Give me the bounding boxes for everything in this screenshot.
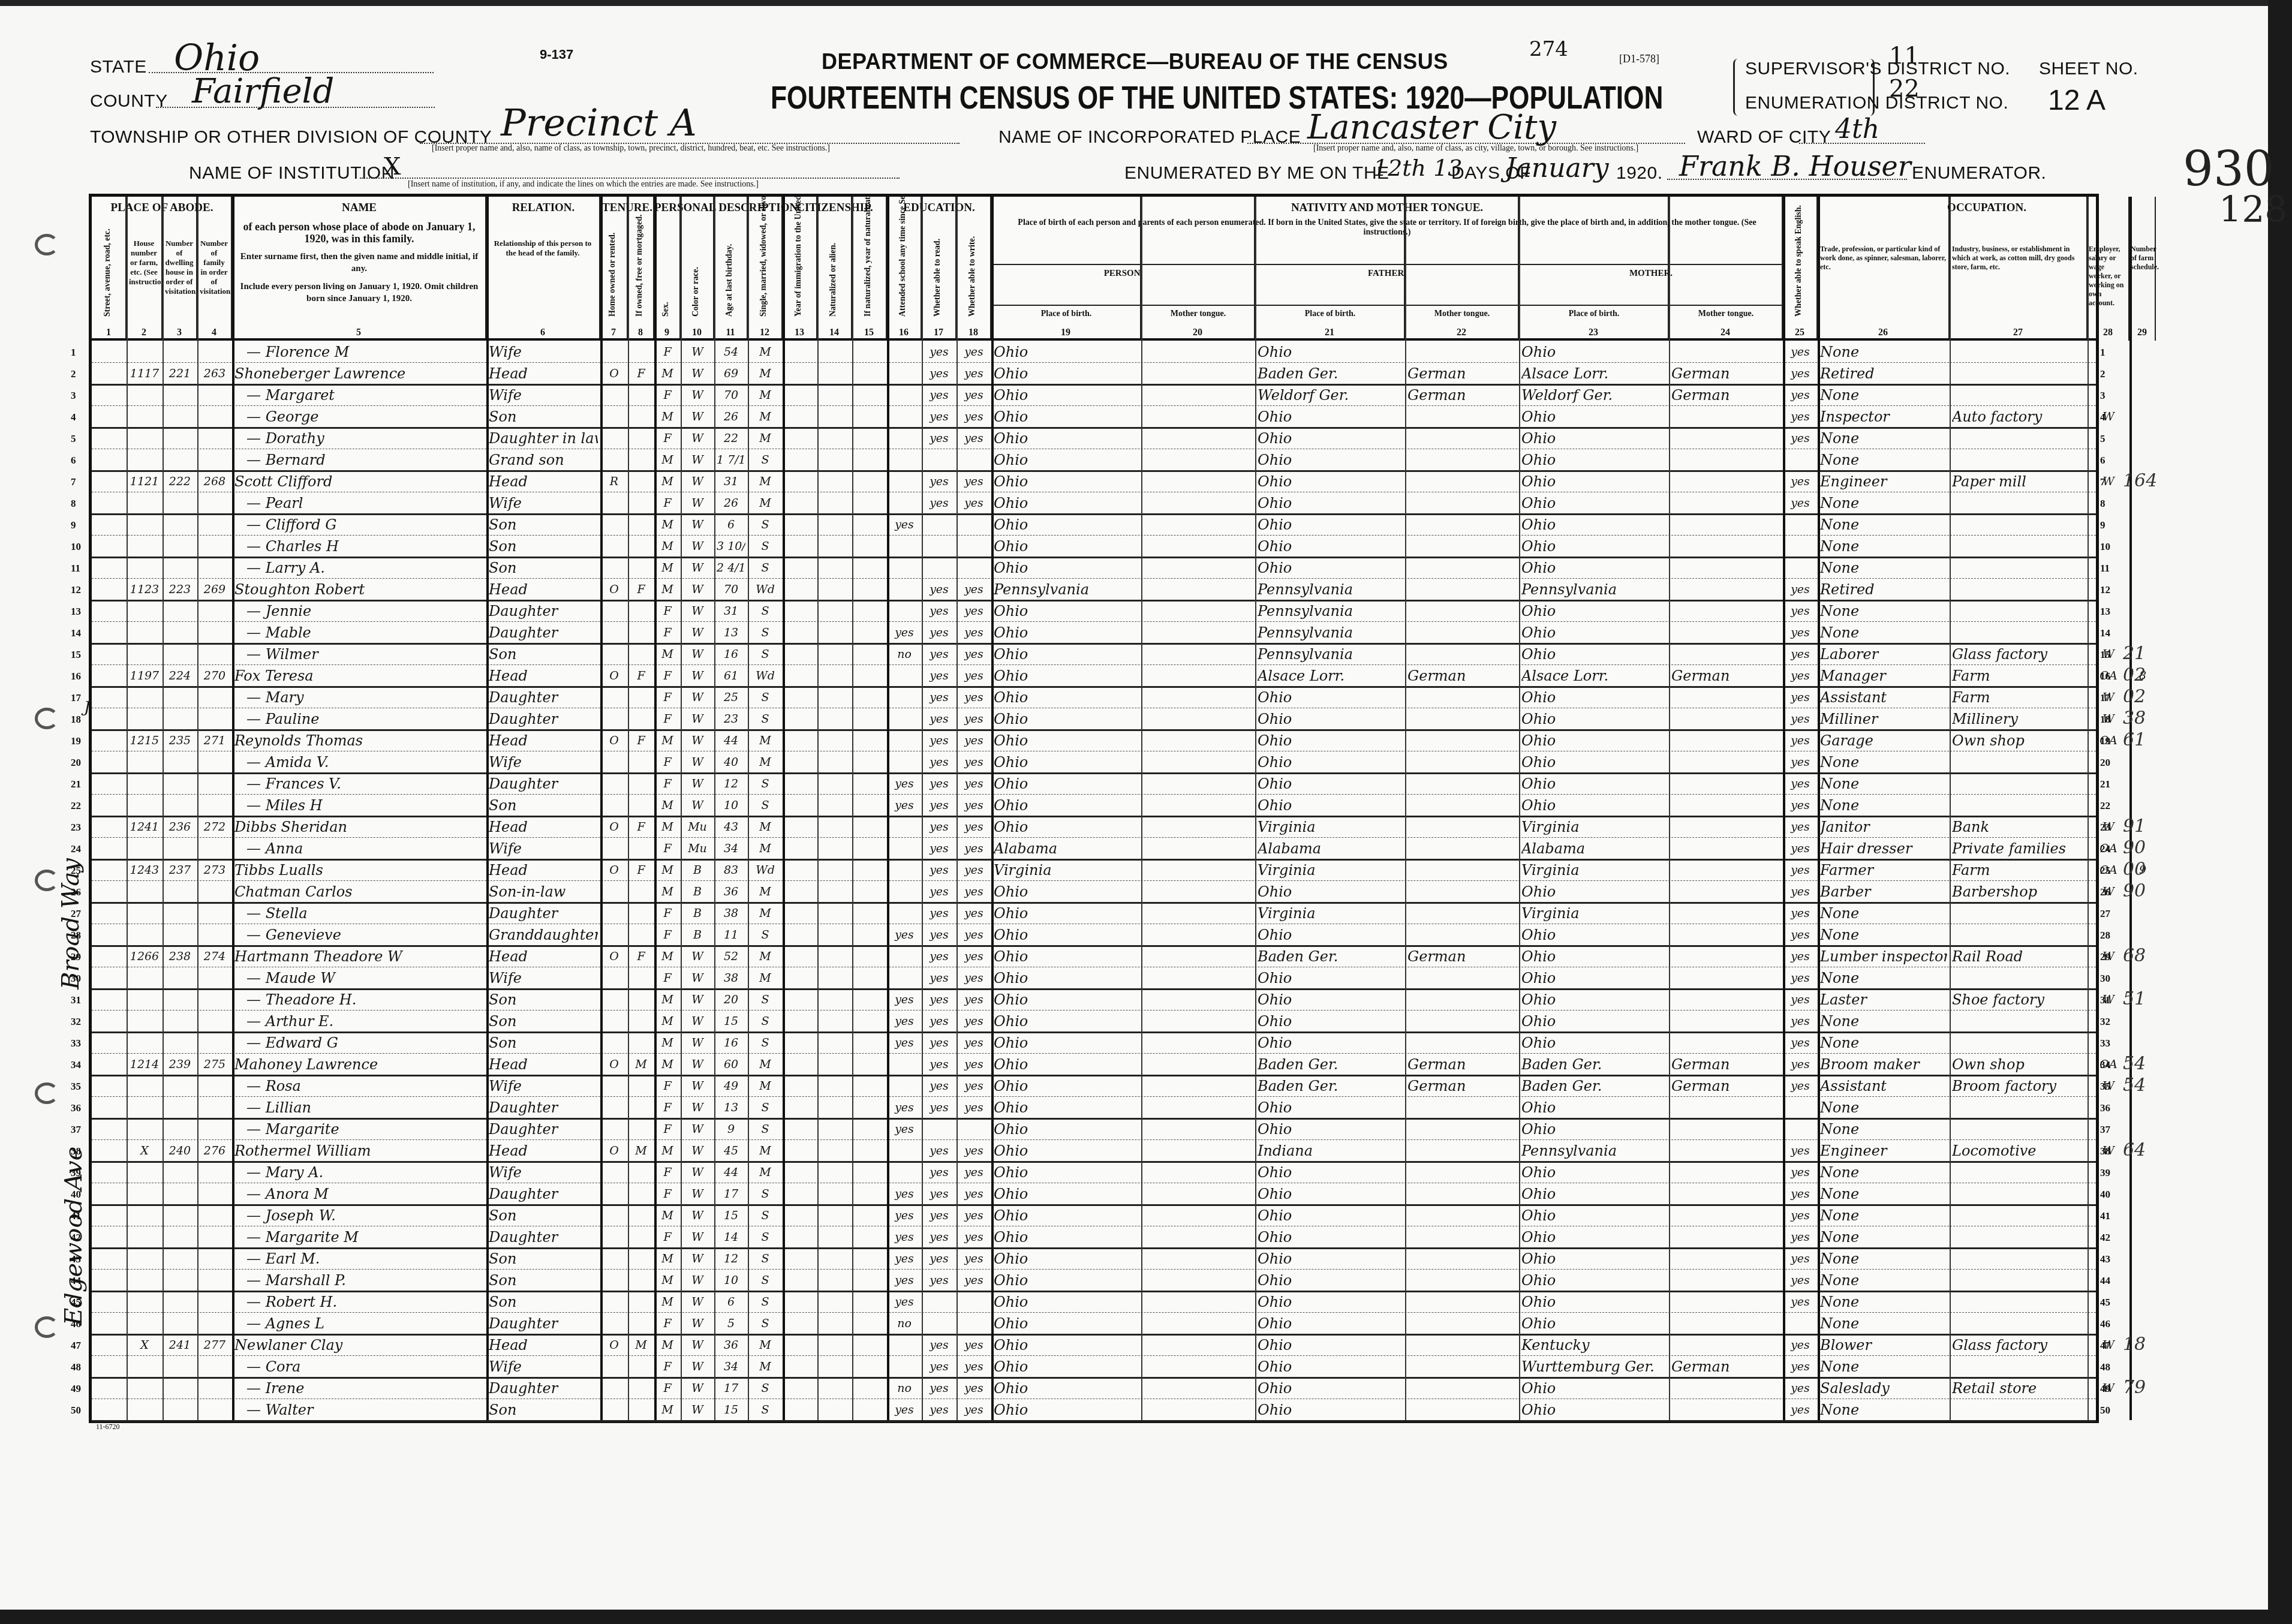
cell-father-birth: Alabama <box>1258 838 1403 859</box>
column-divider <box>1141 197 1142 1420</box>
cell-relation: Wife <box>489 968 598 988</box>
cell-sex: F <box>657 1162 678 1183</box>
cell-sex: F <box>657 752 678 772</box>
cell-father-birth: Virginia <box>1258 860 1403 880</box>
column-header-10: Color or race.10 <box>681 197 714 341</box>
cell-sex: F <box>657 428 678 449</box>
column-number: 7 <box>600 327 627 338</box>
cell-read: yes <box>924 428 954 449</box>
column-header-12: Single, married, widowed, or divorced.12 <box>748 197 783 341</box>
column-number: 18 <box>956 327 990 338</box>
cell-industry: Barbershop <box>1952 882 2085 902</box>
cell-school: yes <box>889 1184 919 1204</box>
cell-father-birth: Ohio <box>1258 795 1403 816</box>
cell-age: 14 <box>717 1227 745 1247</box>
cell-age: 61 <box>717 666 745 686</box>
cell-trade: Hair dresser <box>1820 838 1947 859</box>
cell-family: 269 <box>200 579 230 600</box>
cell-write: yes <box>959 1033 989 1053</box>
cell-write: yes <box>959 1162 989 1183</box>
cell-age: 69 <box>717 363 745 384</box>
cell-marital: M <box>750 730 780 751</box>
cell-father-birth: Ohio <box>1258 407 1403 427</box>
cell-race: Mu <box>683 838 712 859</box>
cell-sex: M <box>657 1270 678 1291</box>
cell-english: yes <box>1785 1378 1815 1399</box>
cell-name: — Wilmer <box>234 644 496 664</box>
table-row: — Charles HSonMW3 10/12SOhioOhioOhioNone <box>92 535 2096 558</box>
institution-line <box>360 178 900 179</box>
table-row: — DorathyDaughter in lawFW22MyesyesOhioO… <box>92 427 2096 449</box>
column-header-text: If owned, free or mortgaged. <box>635 214 645 317</box>
column-header-text: Attended school any time since Sept. 1, … <box>898 197 908 317</box>
column-header-text: Naturalized or alien. <box>829 243 838 317</box>
cell-birth: Ohio <box>994 1292 1139 1312</box>
cell-race: W <box>683 968 712 988</box>
cell-sex: M <box>657 817 678 837</box>
enumeration-label: ENUMERATION DISTRICT NO. <box>1745 93 2008 113</box>
cell-write: yes <box>959 1270 989 1291</box>
cell-name: — Robert H. <box>234 1292 496 1312</box>
line-number-left: 10 <box>71 541 81 553</box>
cell-age: 70 <box>717 579 745 600</box>
cell-family: 273 <box>200 860 230 880</box>
cell-mother-tongue: German <box>1671 363 1780 384</box>
cell-mother-birth: Ohio <box>1521 774 1667 794</box>
cell-relation: Head <box>489 363 598 384</box>
cell-mother-birth: Weldorf Ger. <box>1521 385 1667 405</box>
column-number: 13 <box>783 327 816 338</box>
cell-marital: S <box>750 1227 780 1247</box>
cell-sex: M <box>657 1400 678 1420</box>
supervisor-label: SUPERVISOR'S DISTRICT NO. <box>1745 59 2010 79</box>
cell-age: 25 <box>717 687 745 708</box>
cell-race: B <box>683 903 712 924</box>
cell-birth: Ohio <box>994 1357 1139 1377</box>
sheet-number: 12 A <box>2048 84 2105 117</box>
stamp-page-number: 274 <box>1529 37 1568 61</box>
cell-english: yes <box>1785 817 1815 837</box>
line-number-right: 12 <box>2100 584 2110 596</box>
cell-mother-birth: Ohio <box>1521 342 1667 362</box>
cell-read: yes <box>924 1054 954 1075</box>
cell-father-birth: Indiana <box>1258 1141 1403 1161</box>
cell-marital: S <box>750 1400 780 1420</box>
cell-race: W <box>683 752 712 772</box>
cell-age: 36 <box>717 882 745 902</box>
cell-age: 23 <box>717 709 745 729</box>
occupation-subheader: Number of farm schedule. <box>2131 245 2155 272</box>
cell-write: yes <box>959 428 989 449</box>
cell-race: W <box>683 795 712 816</box>
column-divider <box>1255 197 1256 1420</box>
cell-read: yes <box>924 579 954 600</box>
cell-mother-birth: Ohio <box>1521 1097 1667 1118</box>
cell-school: no <box>889 1313 919 1334</box>
cell-dwelling: 235 <box>165 730 195 751</box>
cell-english: yes <box>1785 363 1815 384</box>
cell-relation: Head <box>489 817 598 837</box>
line-number-right: 47 <box>2100 1340 2110 1352</box>
column-divider <box>817 197 819 1420</box>
cell-name: — Clifford G <box>234 515 496 535</box>
cell-age: 44 <box>717 730 745 751</box>
line-number-right: 32 <box>2100 1016 2110 1028</box>
cell-trade: Saleslady <box>1820 1378 1947 1399</box>
cell-father-birth: Pennsylvania <box>1258 622 1403 643</box>
cell-sex: F <box>657 1227 678 1247</box>
cell-race: W <box>683 342 712 362</box>
cell-industry: Farm <box>1952 666 2085 686</box>
cell-school: no <box>889 1378 919 1399</box>
table-row: — BernardGrand sonMW1 7/12SOhioOhioOhioN… <box>92 449 2096 472</box>
cell-race: W <box>683 1357 712 1377</box>
line-number-left: 11 <box>71 563 80 575</box>
line-number-left: 47 <box>71 1340 81 1352</box>
cell-race: W <box>683 1249 712 1269</box>
cell-mother-birth: Wurttemburg Ger. <box>1521 1357 1667 1377</box>
cell-write: yes <box>959 1378 989 1399</box>
column-header-text: Single, married, widowed, or divorced. <box>759 197 769 317</box>
cell-mother-birth: Ohio <box>1521 450 1667 470</box>
cell-name: — Rosa <box>234 1076 496 1096</box>
cell-trade: None <box>1820 622 1947 643</box>
column-header-text: If naturalized, year of naturalization. <box>864 197 873 317</box>
scan-border-bottom <box>0 1610 2292 1624</box>
cell-father-birth: Ohio <box>1258 925 1403 945</box>
occupation-code-note: 02 <box>2123 664 2146 685</box>
supervisor-district: 11 <box>1889 42 1920 70</box>
cell-father-birth: Pennsylvania <box>1258 601 1403 621</box>
cell-mother-birth: Ohio <box>1521 752 1667 772</box>
column-number: 12 <box>748 327 781 338</box>
cell-sex: M <box>657 730 678 751</box>
cell-race: W <box>683 622 712 643</box>
line-number-left: 4 <box>71 411 76 423</box>
cell-name: Scott Clifford <box>234 471 484 492</box>
cell-name: — Lillian <box>234 1097 496 1118</box>
cell-english: yes <box>1785 1011 1815 1031</box>
cell-marital: S <box>750 601 780 621</box>
cell-english: yes <box>1785 774 1815 794</box>
cell-race: W <box>683 687 712 708</box>
cell-dwelling: 237 <box>165 860 195 880</box>
cell-birth: Ohio <box>994 709 1139 729</box>
cell-name: — Pauline <box>234 709 496 729</box>
cell-write: yes <box>959 407 989 427</box>
cell-age: 22 <box>717 428 745 449</box>
cell-marital: S <box>750 1097 780 1118</box>
cell-english: yes <box>1785 838 1815 859</box>
cell-trade: Farmer <box>1820 860 1947 880</box>
cell-marital: S <box>750 1292 780 1312</box>
cell-family: 268 <box>200 471 230 492</box>
cell-write: yes <box>959 1205 989 1226</box>
cell-relation: Wife <box>489 1357 598 1377</box>
cell-owned: O <box>603 1335 625 1355</box>
punch-hole-icon <box>35 234 59 255</box>
cell-write: yes <box>959 752 989 772</box>
cell-read: yes <box>924 493 954 513</box>
column-divider <box>887 197 889 1420</box>
cell-english: yes <box>1785 1400 1815 1420</box>
column-number: 24 <box>1669 327 1782 338</box>
cell-trade: Milliner <box>1820 709 1947 729</box>
cell-mother-birth: Ohio <box>1521 882 1667 902</box>
column-number: 11 <box>714 327 747 338</box>
line-number-right: 25 <box>2100 865 2110 877</box>
cell-relation: Wife <box>489 752 598 772</box>
column-divider <box>197 197 198 1420</box>
cell-trade: Retired <box>1820 579 1947 600</box>
cell-relation: Grand son <box>489 450 598 470</box>
column-divider <box>1783 197 1785 1420</box>
column-header-18: Whether able to write.18 <box>956 197 991 341</box>
cell-industry: Retail store <box>1952 1378 2085 1399</box>
cell-industry: Private families <box>1952 838 2085 859</box>
enumerated-days: 12th 13 <box>1373 155 1463 181</box>
cell-english: yes <box>1785 1033 1815 1053</box>
cell-relation: Head <box>489 1141 598 1161</box>
cell-trade: None <box>1820 601 1947 621</box>
cell-marital: S <box>750 450 780 470</box>
cell-owned: O <box>603 1141 625 1161</box>
cell-trade: Broom maker <box>1820 1054 1947 1075</box>
cell-father-birth: Ohio <box>1258 1162 1403 1183</box>
cell-sex: M <box>657 860 678 880</box>
incorporated-place-value: Lancaster City <box>1307 108 1556 147</box>
cell-family: 271 <box>200 730 230 751</box>
column-group-title: NATIVITY AND MOTHER TONGUE. <box>991 202 1783 215</box>
ward-value: 4th <box>1835 114 1879 145</box>
cell-father-tongue: German <box>1407 385 1517 405</box>
cell-age: 60 <box>717 1054 745 1075</box>
cell-name: — Frances V. <box>234 774 496 794</box>
institution-note: [Insert name of institution, if any, and… <box>408 180 759 190</box>
cell-marital: S <box>750 1270 780 1291</box>
cell-age: 54 <box>717 342 745 362</box>
line-number-left: 20 <box>71 757 81 769</box>
line-number-right: 44 <box>2100 1275 2110 1287</box>
cell-relation: Wife <box>489 493 598 513</box>
line-number-left: 19 <box>71 735 81 747</box>
cell-sex: M <box>657 1205 678 1226</box>
occupation-code-note: 51 <box>2123 988 2146 1009</box>
line-number-left: 49 <box>71 1383 81 1395</box>
cell-marital: M <box>750 752 780 772</box>
punch-hole-icon <box>35 708 59 729</box>
cell-relation: Head <box>489 946 598 967</box>
cell-race: W <box>683 493 712 513</box>
cell-marital: S <box>750 1119 780 1139</box>
census-table: Street, avenue, road, etc.1House number … <box>89 194 2099 1423</box>
cell-age: 34 <box>717 838 745 859</box>
cell-write: yes <box>959 925 989 945</box>
cell-trade: Lumber inspector <box>1820 946 1947 967</box>
cell-mother-birth: Ohio <box>1521 428 1667 449</box>
cell-race: W <box>683 450 712 470</box>
cell-father-tongue: German <box>1407 1054 1517 1075</box>
cell-school: yes <box>889 1033 919 1053</box>
cell-mother-birth: Ohio <box>1521 1033 1667 1053</box>
column-number: 6 <box>486 327 599 338</box>
cell-read: yes <box>924 817 954 837</box>
cell-race: W <box>683 1162 712 1183</box>
cell-birth: Ohio <box>994 1097 1139 1118</box>
cell-mother-birth: Virginia <box>1521 817 1667 837</box>
cell-read: yes <box>924 1076 954 1096</box>
line-number-right: 22 <box>2100 800 2110 812</box>
line-number-left: 21 <box>71 778 81 790</box>
cell-father-birth: Ohio <box>1258 752 1403 772</box>
cell-mother-birth: Ohio <box>1521 471 1667 492</box>
column-header-text: Number of family in order of visitation. <box>200 239 228 296</box>
cell-race: W <box>683 1205 712 1226</box>
cell-sex: F <box>657 774 678 794</box>
line-number-left: 35 <box>71 1081 81 1093</box>
cell-trade: Barber <box>1820 882 1947 902</box>
cell-relation: Head <box>489 730 598 751</box>
cell-race: W <box>683 1292 712 1312</box>
cell-birth: Ohio <box>994 342 1139 362</box>
column-group-title: CITIZENSHIP. <box>783 202 887 215</box>
table-row: — Anora MDaughterFW17SyesyesyesOhioOhioO… <box>92 1183 2096 1206</box>
cell-birth: Ohio <box>994 1076 1139 1096</box>
line-number-right: 20 <box>2100 757 2110 769</box>
column-header-text: Home owned or rented. <box>608 233 618 317</box>
column-header-text: House number or farm, etc. (See instruct… <box>129 239 159 287</box>
cell-marital: Wd <box>750 860 780 880</box>
cell-mother-birth: Ohio <box>1521 946 1667 967</box>
cell-mortgage: F <box>630 666 652 686</box>
line-number-right: 10 <box>2100 541 2110 553</box>
line-number-right: 43 <box>2100 1253 2110 1265</box>
cell-birth: Ohio <box>994 644 1139 664</box>
cell-relation: Daughter <box>489 1184 598 1204</box>
cell-race: W <box>683 1184 712 1204</box>
cell-marital: S <box>750 795 780 816</box>
cell-house: X <box>129 1141 160 1161</box>
cell-father-birth: Ohio <box>1258 1313 1403 1334</box>
cell-mother-birth: Ohio <box>1521 1205 1667 1226</box>
cell-father-birth: Ohio <box>1258 450 1403 470</box>
cell-race: W <box>683 1033 712 1053</box>
cell-birth: Ohio <box>994 1270 1139 1291</box>
cell-english: yes <box>1785 946 1815 967</box>
cell-house: 1243 <box>129 860 160 880</box>
cell-english: yes <box>1785 1249 1815 1269</box>
incorporated-note: [Insert proper name and, also, name of c… <box>1313 144 1638 154</box>
cell-read: yes <box>924 1162 954 1183</box>
cell-dwelling: 221 <box>165 363 195 384</box>
table-row: — Miles HSonMW10SyesyesyesOhioOhioOhioye… <box>92 794 2096 817</box>
cell-sex: M <box>657 1054 678 1075</box>
cell-sex: M <box>657 536 678 557</box>
cell-father-birth: Ohio <box>1258 968 1403 988</box>
cell-age: 34 <box>717 1357 745 1377</box>
cell-marital: M <box>750 342 780 362</box>
cell-father-birth: Ohio <box>1258 342 1403 362</box>
table-row: — Amida V.WifeFW40MyesyesOhioOhioOhioyes… <box>92 751 2096 774</box>
cell-sex: M <box>657 990 678 1010</box>
cell-marital: M <box>750 946 780 967</box>
cell-sex: F <box>657 1076 678 1096</box>
column-header-14: Naturalized or alien.14 <box>817 197 852 341</box>
cell-mother-birth: Ohio <box>1521 1378 1667 1399</box>
table-row: 1197224270Fox TeresaHeadOFFW61WdyesyesOh… <box>92 664 2096 688</box>
cell-industry: Shoe factory <box>1952 990 2085 1010</box>
cell-birth: Ohio <box>994 450 1139 470</box>
scan-border-right <box>2268 0 2292 1624</box>
line-number-right: 19 <box>2100 735 2110 747</box>
sheet-label: SHEET NO. <box>2039 59 2138 79</box>
cell-name: — Theadore H. <box>234 990 496 1010</box>
table-row: 1214239275Mahoney LawrenceHeadOMMW60Myes… <box>92 1053 2096 1076</box>
cell-house: X <box>129 1335 160 1355</box>
cell-age: 26 <box>717 493 745 513</box>
cell-school: yes <box>889 1011 919 1031</box>
cell-sex: M <box>657 1249 678 1269</box>
cell-industry: Own shop <box>1952 730 2085 751</box>
cell-read: yes <box>924 1227 954 1247</box>
cell-age: 12 <box>717 774 745 794</box>
cell-owned: O <box>603 1054 625 1075</box>
cell-industry: Rail Road <box>1952 946 2085 967</box>
cell-marital: M <box>750 363 780 384</box>
cell-mother-birth: Ohio <box>1521 687 1667 708</box>
cell-marital: S <box>750 644 780 664</box>
line-number-right: 28 <box>2100 930 2110 942</box>
cell-marital: M <box>750 1141 780 1161</box>
cell-trade: None <box>1820 795 1947 816</box>
cell-sex: F <box>657 1313 678 1334</box>
cell-father-birth: Ohio <box>1258 774 1403 794</box>
cell-marital: M <box>750 493 780 513</box>
table-row: 1117221263Shoneberger LawrenceHeadOFMW69… <box>92 362 2096 386</box>
cell-age: 10 <box>717 1270 745 1291</box>
cell-mortgage: F <box>630 860 652 880</box>
cell-read: yes <box>924 687 954 708</box>
cell-marital: M <box>750 1335 780 1355</box>
column-header-4: Number of family in order of visitation.… <box>197 197 232 341</box>
cell-write: yes <box>959 795 989 816</box>
cell-write: yes <box>959 601 989 621</box>
cell-name: Dibbs Sheridan <box>234 817 484 837</box>
column-divider <box>486 197 489 1420</box>
column-divider <box>1669 197 1670 1420</box>
cell-age: 16 <box>717 1033 745 1053</box>
cell-relation: Son <box>489 1270 598 1291</box>
cell-school: yes <box>889 1270 919 1291</box>
cell-age: 43 <box>717 817 745 837</box>
cell-read: yes <box>924 1249 954 1269</box>
cell-age: 12 <box>717 1249 745 1269</box>
cell-trade: None <box>1820 428 1947 449</box>
cell-english: yes <box>1785 1184 1815 1204</box>
cell-marital: S <box>750 1249 780 1269</box>
occupation-code-note: 164 <box>2123 470 2157 491</box>
occupation-code-note: 18 <box>2123 1334 2146 1355</box>
cell-dwelling: 239 <box>165 1054 195 1075</box>
column-header-3: Number of dwelling house in order of vis… <box>163 197 197 341</box>
street-annotation-broadway: Broad Way <box>57 858 85 990</box>
column-number: 19 <box>991 327 1140 338</box>
cell-marital: M <box>750 882 780 902</box>
cell-mother-birth: Ohio <box>1521 558 1667 578</box>
table-row: — Robert H.SonMW6SyesOhioOhioOhioyesNone <box>92 1291 2096 1313</box>
cell-owned: R <box>603 471 625 492</box>
cell-read: yes <box>924 795 954 816</box>
